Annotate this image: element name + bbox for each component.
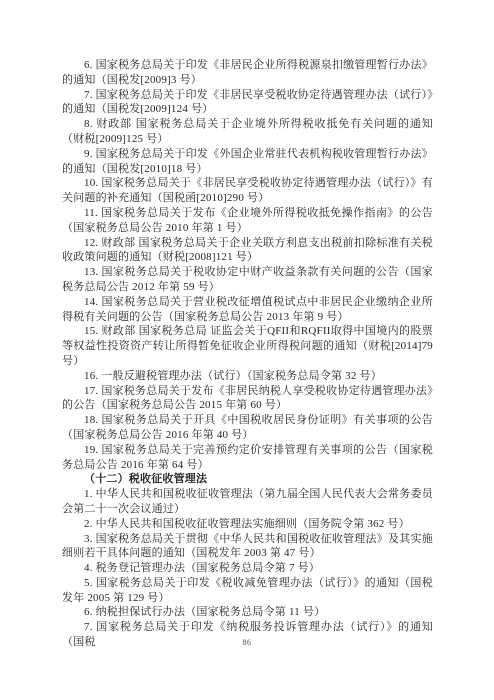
- list-item: 9. 国家税务总局关于印发《外国企业常驻代表机构税收管理暂行办法》的通知（国税发…: [62, 147, 433, 177]
- list-item: 8. 财政部 国家税务总局关于企业境外所得税收抵免有关问题的通知（财税[2009…: [62, 117, 433, 147]
- document-page: 6. 国家税务总局关于印发《非居民企业所得税源泉扣缴管理暂行办法》的通知（国税发…: [0, 0, 494, 700]
- list-item: 6. 国家税务总局关于印发《非居民企业所得税源泉扣缴管理暂行办法》的通知（国税发…: [62, 58, 433, 88]
- list-item: 4. 税务登记管理办法（国家税务总局令第 7 号）: [62, 561, 433, 576]
- list-item: 2. 中华人民共和国税收征收管理法实施细则（国务院令第 362 号）: [62, 517, 433, 532]
- page-number: 86: [0, 638, 494, 647]
- list-item: 3. 国家税务总局关于贯彻《中华人民共和国税收征收管理法》及其实施细则若干具体问…: [62, 532, 433, 562]
- text-block: 6. 国家税务总局关于印发《非居民企业所得税源泉扣缴管理暂行办法》的通知（国税发…: [62, 58, 433, 650]
- list-item: 14. 国家税务总局关于营业税改征增值税试点中非居民企业缴纳企业所得税有关问题的…: [62, 295, 433, 325]
- list-item: 10. 国家税务总局关于《非居民享受税收协定待遇管理办法（试行）》有关问题的补充…: [62, 176, 433, 206]
- section-heading: （十二）税收征收管理法: [62, 472, 433, 487]
- list-item: 17. 国家税务总局关于发布《非居民纳税人享受税收协定待遇管理办法》的公告（国家…: [62, 384, 433, 414]
- list-item: 18. 国家税务总局关于开具《中国税收居民身份证明》有关事项的公告（国家税务总局…: [62, 413, 433, 443]
- list-item: 11. 国家税务总局关于发布《企业境外所得税收抵免操作指南》的公告（国家税务总局…: [62, 206, 433, 236]
- list-item: 1. 中华人民共和国税收征收管理法（第九届全国人民代表大会常务委员会第二十一次会…: [62, 487, 433, 517]
- list-item: 15. 财政部 国家税务总局 证监会关于QFII和RQFII取得中国境内的股票等…: [62, 324, 433, 368]
- list-item: 5. 国家税务总局关于印发《税收减免管理办法（试行）》的通知（国税发年 2005…: [62, 576, 433, 606]
- list-item: 13. 国家税务总局关于税收协定中财产收益条款有关问题的公告（国家税务总局公告 …: [62, 265, 433, 295]
- list-item: 16. 一般反避税管理办法（试行）（国家税务总局令第 32 号）: [62, 369, 433, 384]
- list-item: 19. 国家税务总局关于完善预约定价安排管理有关事项的公告（国家税务总局公告 2…: [62, 443, 433, 473]
- list-item: 12. 财政部 国家税务总局关于企业关联方利息支出税前扣除标准有关税收政策问题的…: [62, 236, 433, 266]
- list-item: 7. 国家税务总局关于印发《非居民享受税收协定待遇管理办法（试行）》的通知（国税…: [62, 88, 433, 118]
- list-item: 6. 纳税担保试行办法（国家税务总局令第 11 号）: [62, 605, 433, 620]
